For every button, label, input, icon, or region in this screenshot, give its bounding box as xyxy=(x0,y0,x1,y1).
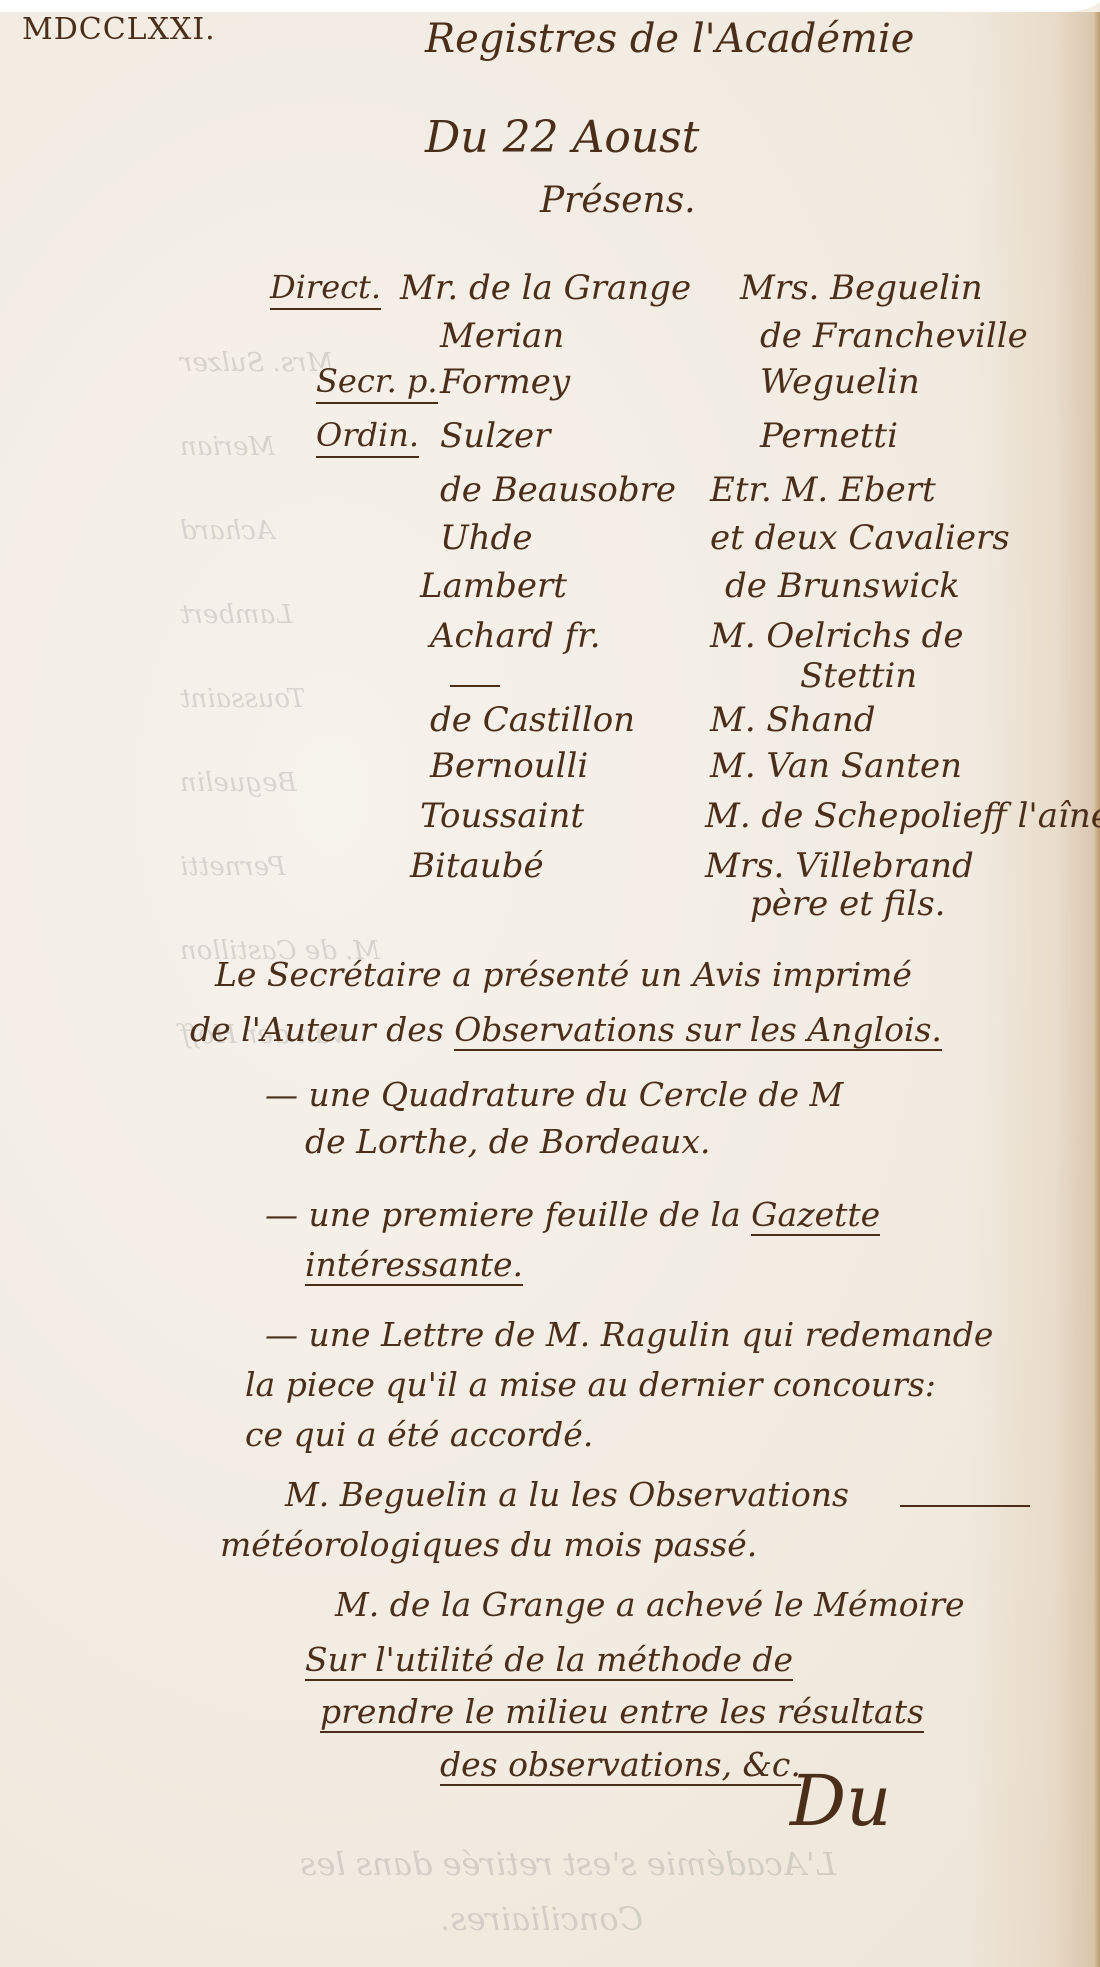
bleed-name: Merian xyxy=(180,432,275,462)
member-name: Lambert xyxy=(420,566,567,606)
member-name: Bernoulli xyxy=(430,746,588,786)
member-name: de Beausobre xyxy=(440,470,676,510)
minutes-text: — une premiere feuille de la xyxy=(265,1195,751,1234)
line-filler xyxy=(900,1505,1030,1507)
memoir-title: prendre le milieu entre les résultats xyxy=(320,1692,924,1733)
publication-title: Gazette xyxy=(751,1195,880,1236)
minutes-line: prendre le milieu entre les résultats xyxy=(320,1692,924,1731)
guest-name: de Francheville xyxy=(760,316,1028,356)
bleed-name: Achard xyxy=(180,516,275,546)
member-name: Merian xyxy=(440,316,564,356)
minutes-line: M. de la Grange a achevé le Mémoire xyxy=(335,1585,965,1624)
separator-dash xyxy=(450,685,500,687)
minutes-line: — une Lettre de M. Ragulin qui redemande xyxy=(265,1315,993,1354)
session-date: Du 22 Aoust xyxy=(425,112,699,163)
guest-name: Weguelin xyxy=(760,362,920,402)
publication-title: Observations sur les Anglois. xyxy=(454,1010,942,1051)
minutes-line: des observations, &c. xyxy=(440,1745,801,1784)
minutes-line: — une premiere feuille de la Gazette xyxy=(265,1195,880,1234)
guest-name: Pernetti xyxy=(760,416,898,456)
publication-title: intéressante. xyxy=(305,1245,523,1286)
minutes-line: météorologiques du mois passé. xyxy=(220,1525,757,1564)
role-label-secretary: Secr. p. xyxy=(316,362,438,404)
guest-name: Stettin xyxy=(800,656,917,696)
member-name: Mr. de la Grange xyxy=(400,268,691,308)
minutes-line: M. Beguelin a lu les Observations xyxy=(285,1475,849,1514)
minutes-line: Sur l'utilité de la méthode de xyxy=(305,1640,793,1679)
year-roman-numeral: MDCCLXXI. xyxy=(22,12,216,47)
guest-name: Mrs. Beguelin xyxy=(740,268,983,308)
guest-name: et deux Cavaliers xyxy=(710,518,1010,558)
page-spine-edge xyxy=(1094,12,1100,1967)
guest-name: M. Van Santen xyxy=(710,746,962,786)
minutes-line: de Lorthe, de Bordeaux. xyxy=(305,1122,710,1161)
bleed-name: Lambert xyxy=(180,600,292,630)
member-name: Bitaubé xyxy=(410,846,544,886)
member-name: Toussaint xyxy=(420,796,584,836)
bleed-name: Toussaint xyxy=(180,684,305,714)
minutes-line: Le Secrétaire a présenté un Avis imprimé xyxy=(215,955,912,994)
guest-name: de Brunswick xyxy=(725,566,960,606)
guest-name: M. Oelrichs de xyxy=(710,616,964,656)
minutes-line: ce qui a été accordé. xyxy=(245,1415,593,1454)
member-name: Uhde xyxy=(440,518,532,558)
bleed-through-lower-2: Conciliaires. xyxy=(440,1900,643,1938)
bleed-name: Beguelin xyxy=(180,768,297,798)
bleed-through-lower-1: L'Académie s'est retirée dans les xyxy=(300,1845,836,1883)
guest-name: M. Shand xyxy=(710,700,876,740)
minutes-line: la piece qu'il a mise au dernier concour… xyxy=(245,1365,936,1404)
guest-name: M. de Schepolieff l'aîné xyxy=(705,796,1100,836)
member-name: Sulzer xyxy=(440,416,550,456)
role-label-director: Direct. xyxy=(270,268,381,310)
memoir-title: Sur l'utilité de la méthode de xyxy=(305,1640,793,1681)
register-title: Registres de l'Académie xyxy=(425,16,914,62)
member-name: de Castillon xyxy=(430,700,635,740)
bleed-name: Mrs. Sulzer xyxy=(180,348,333,378)
member-name: Formey xyxy=(440,362,570,402)
bleed-name: Pernetti xyxy=(180,852,286,882)
member-name: Achard fr. xyxy=(430,616,601,656)
minutes-line: — une Quadrature du Cercle de M xyxy=(265,1075,843,1114)
minutes-line: de l'Auteur des Observations sur les Ang… xyxy=(190,1010,942,1049)
guest-name: père et fils. xyxy=(750,884,945,924)
present-heading: Présens. xyxy=(540,180,696,221)
guest-name: Mrs. Villebrand xyxy=(705,846,974,886)
closing-mark: Du xyxy=(790,1760,891,1842)
minutes-line: intéressante. xyxy=(305,1245,523,1284)
minutes-text: de l'Auteur des xyxy=(190,1010,454,1049)
bleed-through-margin: Mrs. Sulzer Merian Achard Lambert Toussa… xyxy=(180,300,380,1056)
guest-name: Etr. M. Ebert xyxy=(710,470,936,510)
role-label-ordinary: Ordin. xyxy=(316,416,419,458)
memoir-title: des observations, &c. xyxy=(440,1745,801,1786)
